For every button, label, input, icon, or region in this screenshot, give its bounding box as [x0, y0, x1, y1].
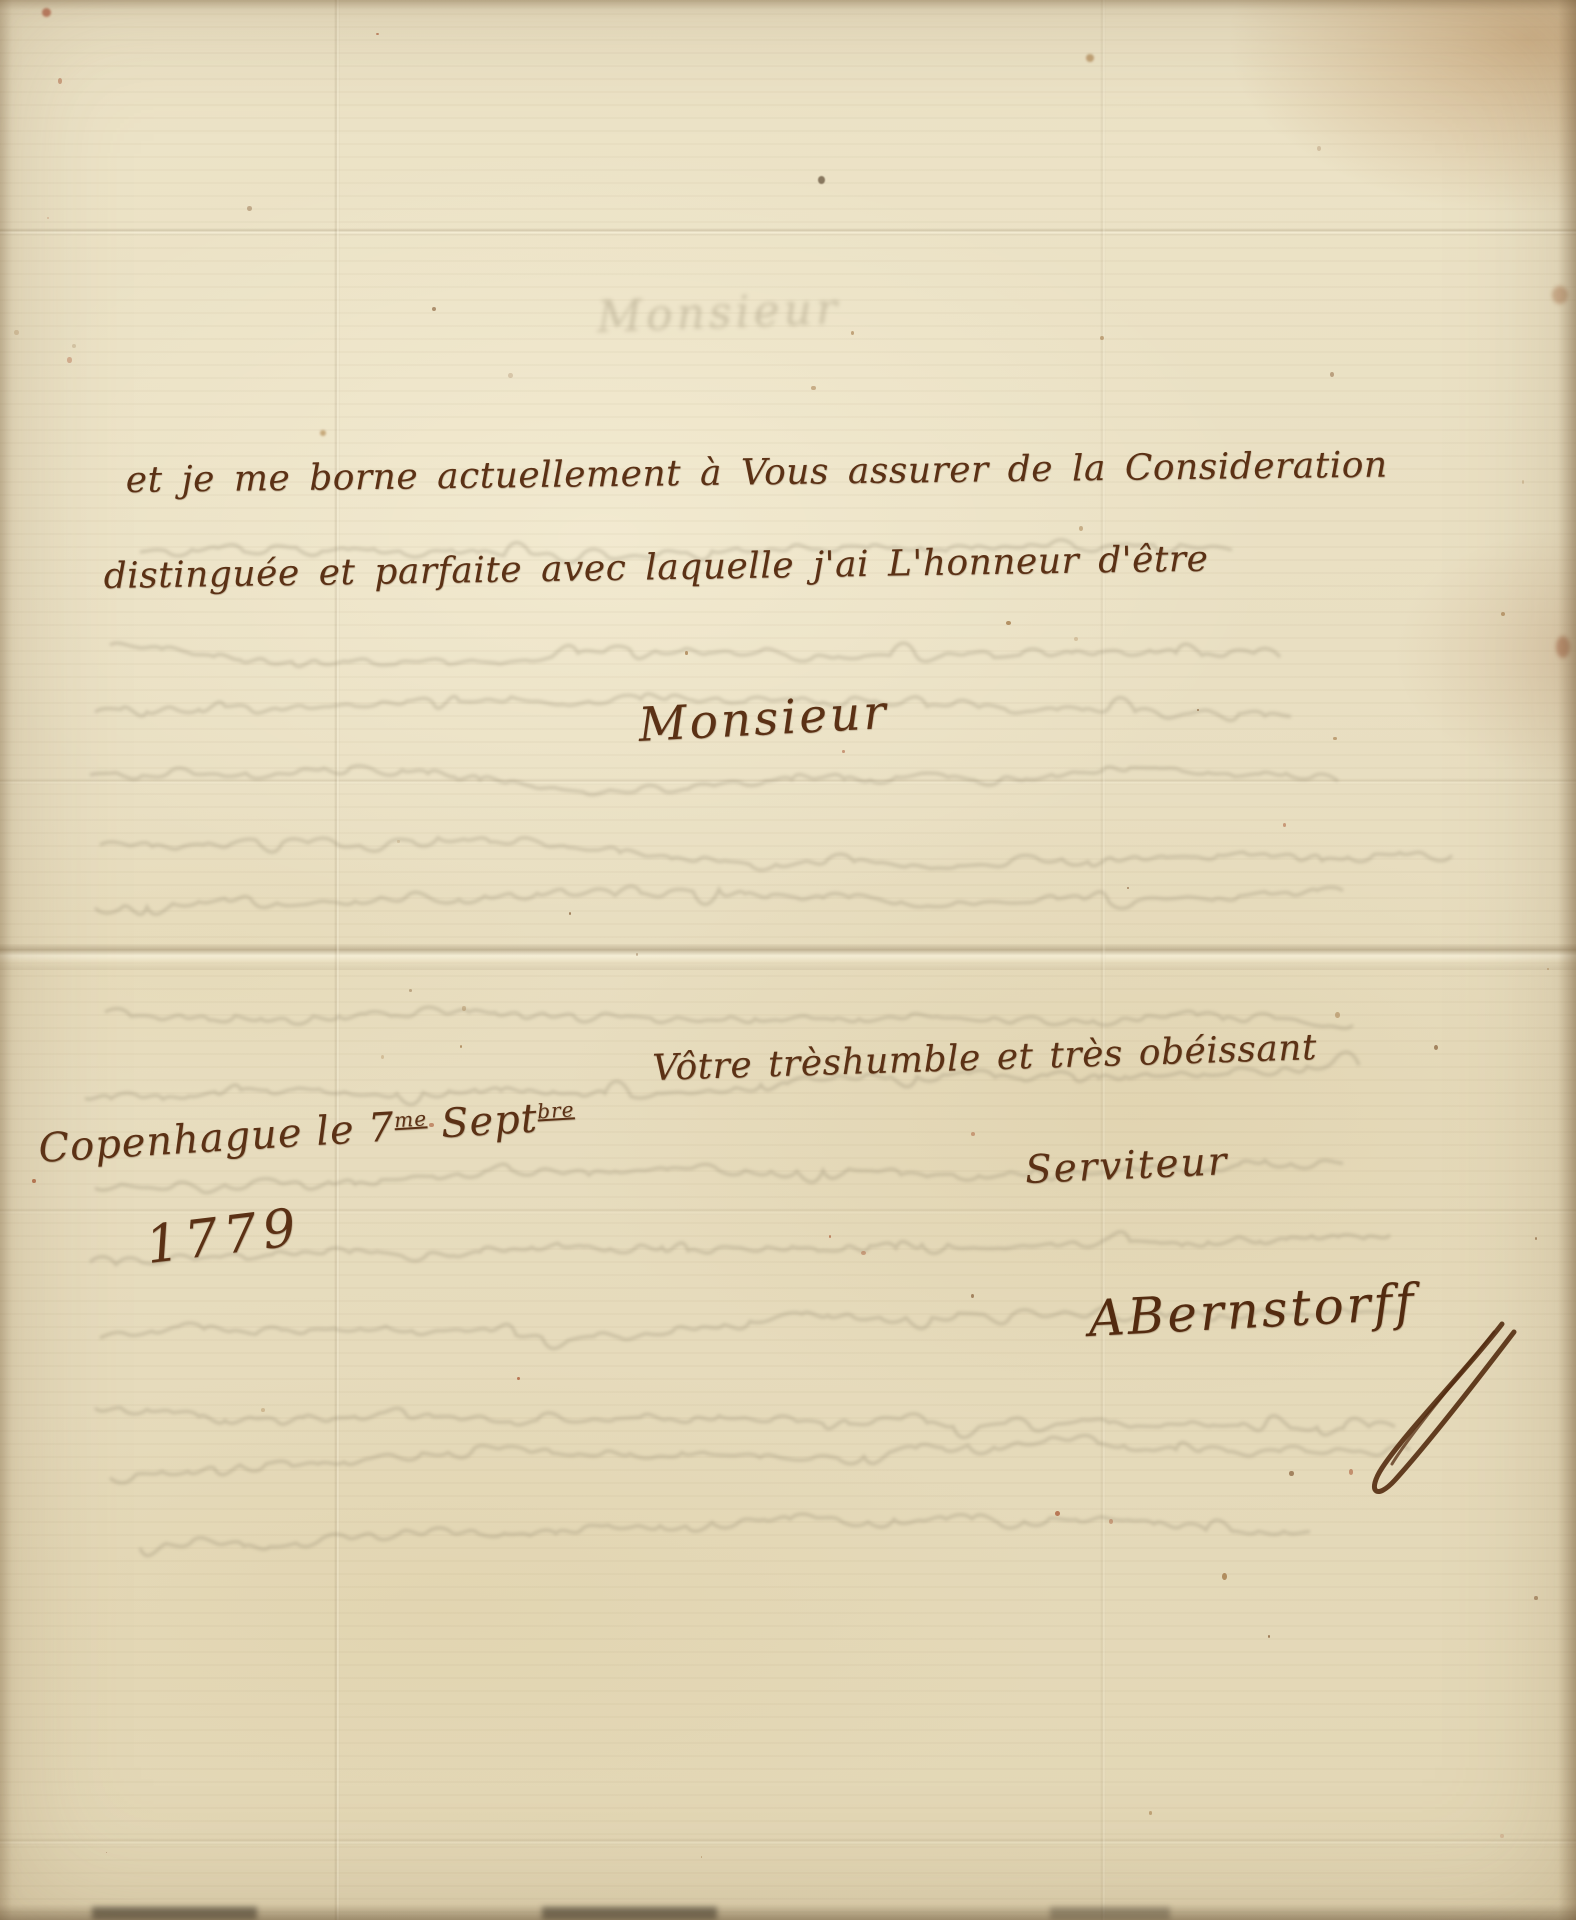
closing-line-1: Vôtre trèshumble et très obéissant — [652, 1027, 1318, 1089]
closing-serviteur: Serviteur — [1024, 1139, 1229, 1193]
age-spot — [320, 430, 326, 436]
page-edge — [0, 0, 1576, 10]
salutation-monsieur: Monsieur — [637, 685, 890, 753]
signature-flourish-icon — [1352, 1318, 1527, 1508]
dateline-day-suffix: me — [393, 1106, 427, 1132]
dateline-month: Sept — [426, 1096, 539, 1149]
fold-crease — [0, 1838, 1576, 1845]
ghost-salutation: Monsieur — [596, 284, 842, 343]
dateline-prefix: Copenhague le 7 — [37, 1104, 396, 1172]
body-line-1: et je me borne actuellement à Vous assur… — [125, 445, 1387, 501]
page-edge — [1558, 0, 1576, 1920]
body-line-2: distinguée et parfaite avec laquelle j'a… — [103, 539, 1208, 597]
age-spot — [1086, 54, 1094, 62]
fold-crease — [1100, 0, 1106, 1920]
fold-crease — [334, 0, 340, 1920]
dateline: Copenhague le 7me Septbre — [37, 1093, 576, 1172]
dateline-month-suffix: bre — [537, 1097, 576, 1123]
page-edge — [0, 0, 12, 1920]
fold-crease — [0, 944, 1576, 970]
age-spot — [818, 176, 825, 184]
letter-page: Monsieur et je me borne actuellement à V… — [0, 0, 1576, 1920]
page-edge — [0, 1904, 1576, 1920]
fold-crease — [0, 228, 1576, 235]
fold-crease — [0, 778, 1576, 785]
